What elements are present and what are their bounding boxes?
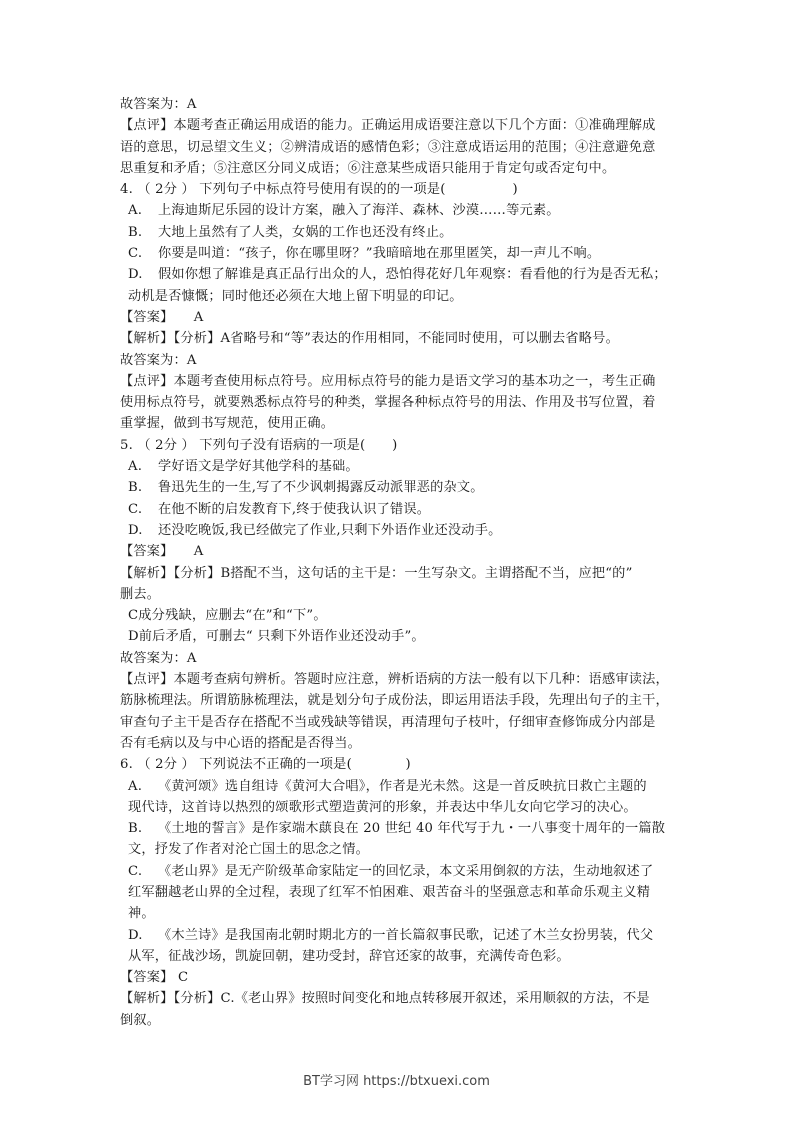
- option-text: 大地上虽然有了人类，女娲的工作也还没有终止。: [158, 225, 453, 240]
- option-label: D.: [128, 925, 158, 946]
- text-line: 【解析】【分析】A省略号和“等”表达的作用相同，不能同时使用，可以删去省略号。: [120, 328, 680, 349]
- option-text: 还没吃晚饭,我已经做完了作业,只剩下外语作业还没动手。: [158, 523, 501, 538]
- option-continuation: 神。: [120, 903, 680, 924]
- text-line: 删去。: [120, 584, 680, 605]
- option-continuation: 红军翻越老山界的全过程，表现了红军不怕困难、艰苦奋斗的坚强意志和革命乐观主义精: [120, 882, 680, 903]
- answer-option: D.《木兰诗》是我国南北朝时期北方的一首长篇叙事民歌，记述了木兰女扮男装，代父: [120, 925, 680, 946]
- document-body: 故答案为：A【点评】本题考查正确运用成语的能力。正确运用成语要注意以下几个方面：…: [120, 94, 680, 1031]
- text-line: 【答案】 A: [120, 307, 680, 328]
- option-continuation: 现代诗，这首诗以热烈的颂歌形式塑造黄河的形象，并表达中华儿女向它学习的决心。: [120, 797, 680, 818]
- text-line: 【解析】【分析】C.《老山界》按照时间变化和地点转移展开叙述，采用顺叙的方法，不…: [120, 988, 680, 1009]
- option-text: 鲁迅先生的一生,写了不少讽刺揭露反动派罪恶的杂文。: [158, 480, 484, 495]
- option-continuation: 文，抒发了作者对沦亡国土的思念之情。: [120, 839, 680, 860]
- answer-option: A.《黄河颂》选自组诗《黄河大合唱》，作者是光未然。这是一首反映抗日救亡主题的: [120, 776, 680, 797]
- answer-option: D.还没吃晚饭,我已经做完了作业,只剩下外语作业还没动手。: [120, 520, 680, 541]
- option-label: B.: [128, 477, 158, 498]
- option-label: C.: [128, 499, 158, 520]
- text-line: 否有毛病以及与中心语的搭配是否得当。: [120, 733, 680, 754]
- text-line: 【答案】 A: [120, 541, 680, 562]
- answer-option: B.《土地的誓言》是作家端木蕻良在 20 世纪 40 年代写于九・一八事变十周年…: [120, 818, 680, 839]
- option-continuation: 动机是否慷慨；同时他还必须在大地上留下明显的印记。: [120, 286, 680, 307]
- option-label: C.: [128, 243, 158, 264]
- option-text: 在他不断的启发教育下,终于使我认识了错误。: [158, 502, 430, 517]
- question-stem: 6. （ 2分 ） 下列说法不正确的一项是( ): [120, 754, 680, 775]
- text-line: 【点评】本题考查使用标点符号。应用标点符号的能力是语文学习的基本功之一，考生正确: [120, 371, 680, 392]
- option-text: 上海迪斯尼乐园的设计方案，融入了海洋、森林、沙漠……等元素。: [158, 203, 560, 218]
- answer-option: B.鲁迅先生的一生,写了不少讽刺揭露反动派罪恶的杂文。: [120, 477, 680, 498]
- analysis-line: C成分残缺，应删去“在”和“下”。: [120, 605, 680, 626]
- option-label: A.: [128, 200, 158, 221]
- text-line: 语的意思，切忌望文生义；②辨清成语的感情色彩；③注意成语运用的范围；④注意避免意: [120, 137, 680, 158]
- answer-option: A.上海迪斯尼乐园的设计方案，融入了海洋、森林、沙漠……等元素。: [120, 200, 680, 221]
- option-label: D.: [128, 520, 158, 541]
- answer-option: C.你要是叫道：“孩子，你在哪里呀？”我暗暗地在那里匿笑，却一声儿不响。: [120, 243, 680, 264]
- option-text: 《黄河颂》选自组诗《黄河大合唱》，作者是光未然。这是一首反映抗日救亡主题的: [158, 779, 647, 794]
- text-line: 【解析】【分析】B搭配不当，这句话的主干是：一生写杂文。主谓搭配不当，应把“的”: [120, 563, 680, 584]
- text-line: 使用标点符号，就要熟悉标点符号的种类，掌握各种标点符号的用法、作用及书写位置，着: [120, 392, 680, 413]
- answer-option: A.学好语文是学好其他学科的基础。: [120, 456, 680, 477]
- option-label: B.: [128, 818, 158, 839]
- text-line: 倒叙。: [120, 1010, 680, 1031]
- text-line: 【点评】本题考查病句辨析。答题时应注意，辨析语病的方法一般有以下几种：语感审读法…: [120, 669, 680, 690]
- option-text: 你要是叫道：“孩子，你在哪里呀？”我暗暗地在那里匿笑，却一声儿不响。: [158, 246, 600, 261]
- answer-option: C.在他不断的启发教育下,终于使我认识了错误。: [120, 499, 680, 520]
- text-line: 重掌握，做到书写规范，使用正确。: [120, 413, 680, 434]
- question-stem: 5. （ 2分 ） 下列句子没有语病的一项是( ): [120, 435, 680, 456]
- option-text: 《土地的誓言》是作家端木蕻良在 20 世纪 40 年代写于九・一八事变十周年的一…: [158, 821, 665, 836]
- option-label: A.: [128, 776, 158, 797]
- option-text: 学好语文是学好其他学科的基础。: [158, 459, 359, 474]
- answer-option: D.假如你想了解谁是真正品行出众的人，恐怕得花好几年观察：看看他的行为是否无私；: [120, 264, 680, 285]
- option-text: 《木兰诗》是我国南北朝时期北方的一首长篇叙事民歌，记述了木兰女扮男装，代父: [158, 928, 653, 943]
- option-label: B.: [128, 222, 158, 243]
- option-text: 《老山界》是无产阶级革命家陆定一的回忆录，本文采用倒叙的方法，生动地叙述了: [158, 864, 653, 879]
- option-label: D.: [128, 264, 158, 285]
- text-line: 故答案为：A: [120, 350, 680, 371]
- text-line: 故答案为：A: [120, 94, 680, 115]
- option-continuation: 从军，征战沙场，凯旋回朝，建功受封，辞官还家的故事，充满传奇色彩。: [120, 946, 680, 967]
- answer-option: C.《老山界》是无产阶级革命家陆定一的回忆录，本文采用倒叙的方法，生动地叙述了: [120, 861, 680, 882]
- footer-watermark: BT学习网 https://btxuexi.com: [0, 1070, 793, 1089]
- text-line: 故答案为：A: [120, 648, 680, 669]
- text-line: 思重复和矛盾；⑤注意区分同义成语；⑥注意某些成语只能用于肯定句或否定句中。: [120, 158, 680, 179]
- option-label: C.: [128, 861, 158, 882]
- option-text: 假如你想了解谁是真正品行出众的人，恐怕得花好几年观察：看看他的行为是否无私；: [158, 267, 667, 282]
- analysis-line: D前后矛盾，可删去“ 只剩下外语作业还没动手”。: [120, 626, 680, 647]
- text-line: 筋脉梳理法。所谓筋脉梳理法，就是划分句子成份法，即运用语法手段，先理出句子的主干…: [120, 690, 680, 711]
- question-stem: 4. （ 2分 ） 下列句子中标点符号使用有误的的一项是( ): [120, 179, 680, 200]
- text-line: 【点评】本题考查正确运用成语的能力。正确运用成语要注意以下几个方面：①准确理解成: [120, 115, 680, 136]
- text-line: 审查句子主干是否存在搭配不当或残缺等错误，再清理句子枝叶，仔细审查修饰成分内部是: [120, 712, 680, 733]
- option-label: A.: [128, 456, 158, 477]
- text-line: 【答案】 C: [120, 967, 680, 988]
- answer-option: B.大地上虽然有了人类，女娲的工作也还没有终止。: [120, 222, 680, 243]
